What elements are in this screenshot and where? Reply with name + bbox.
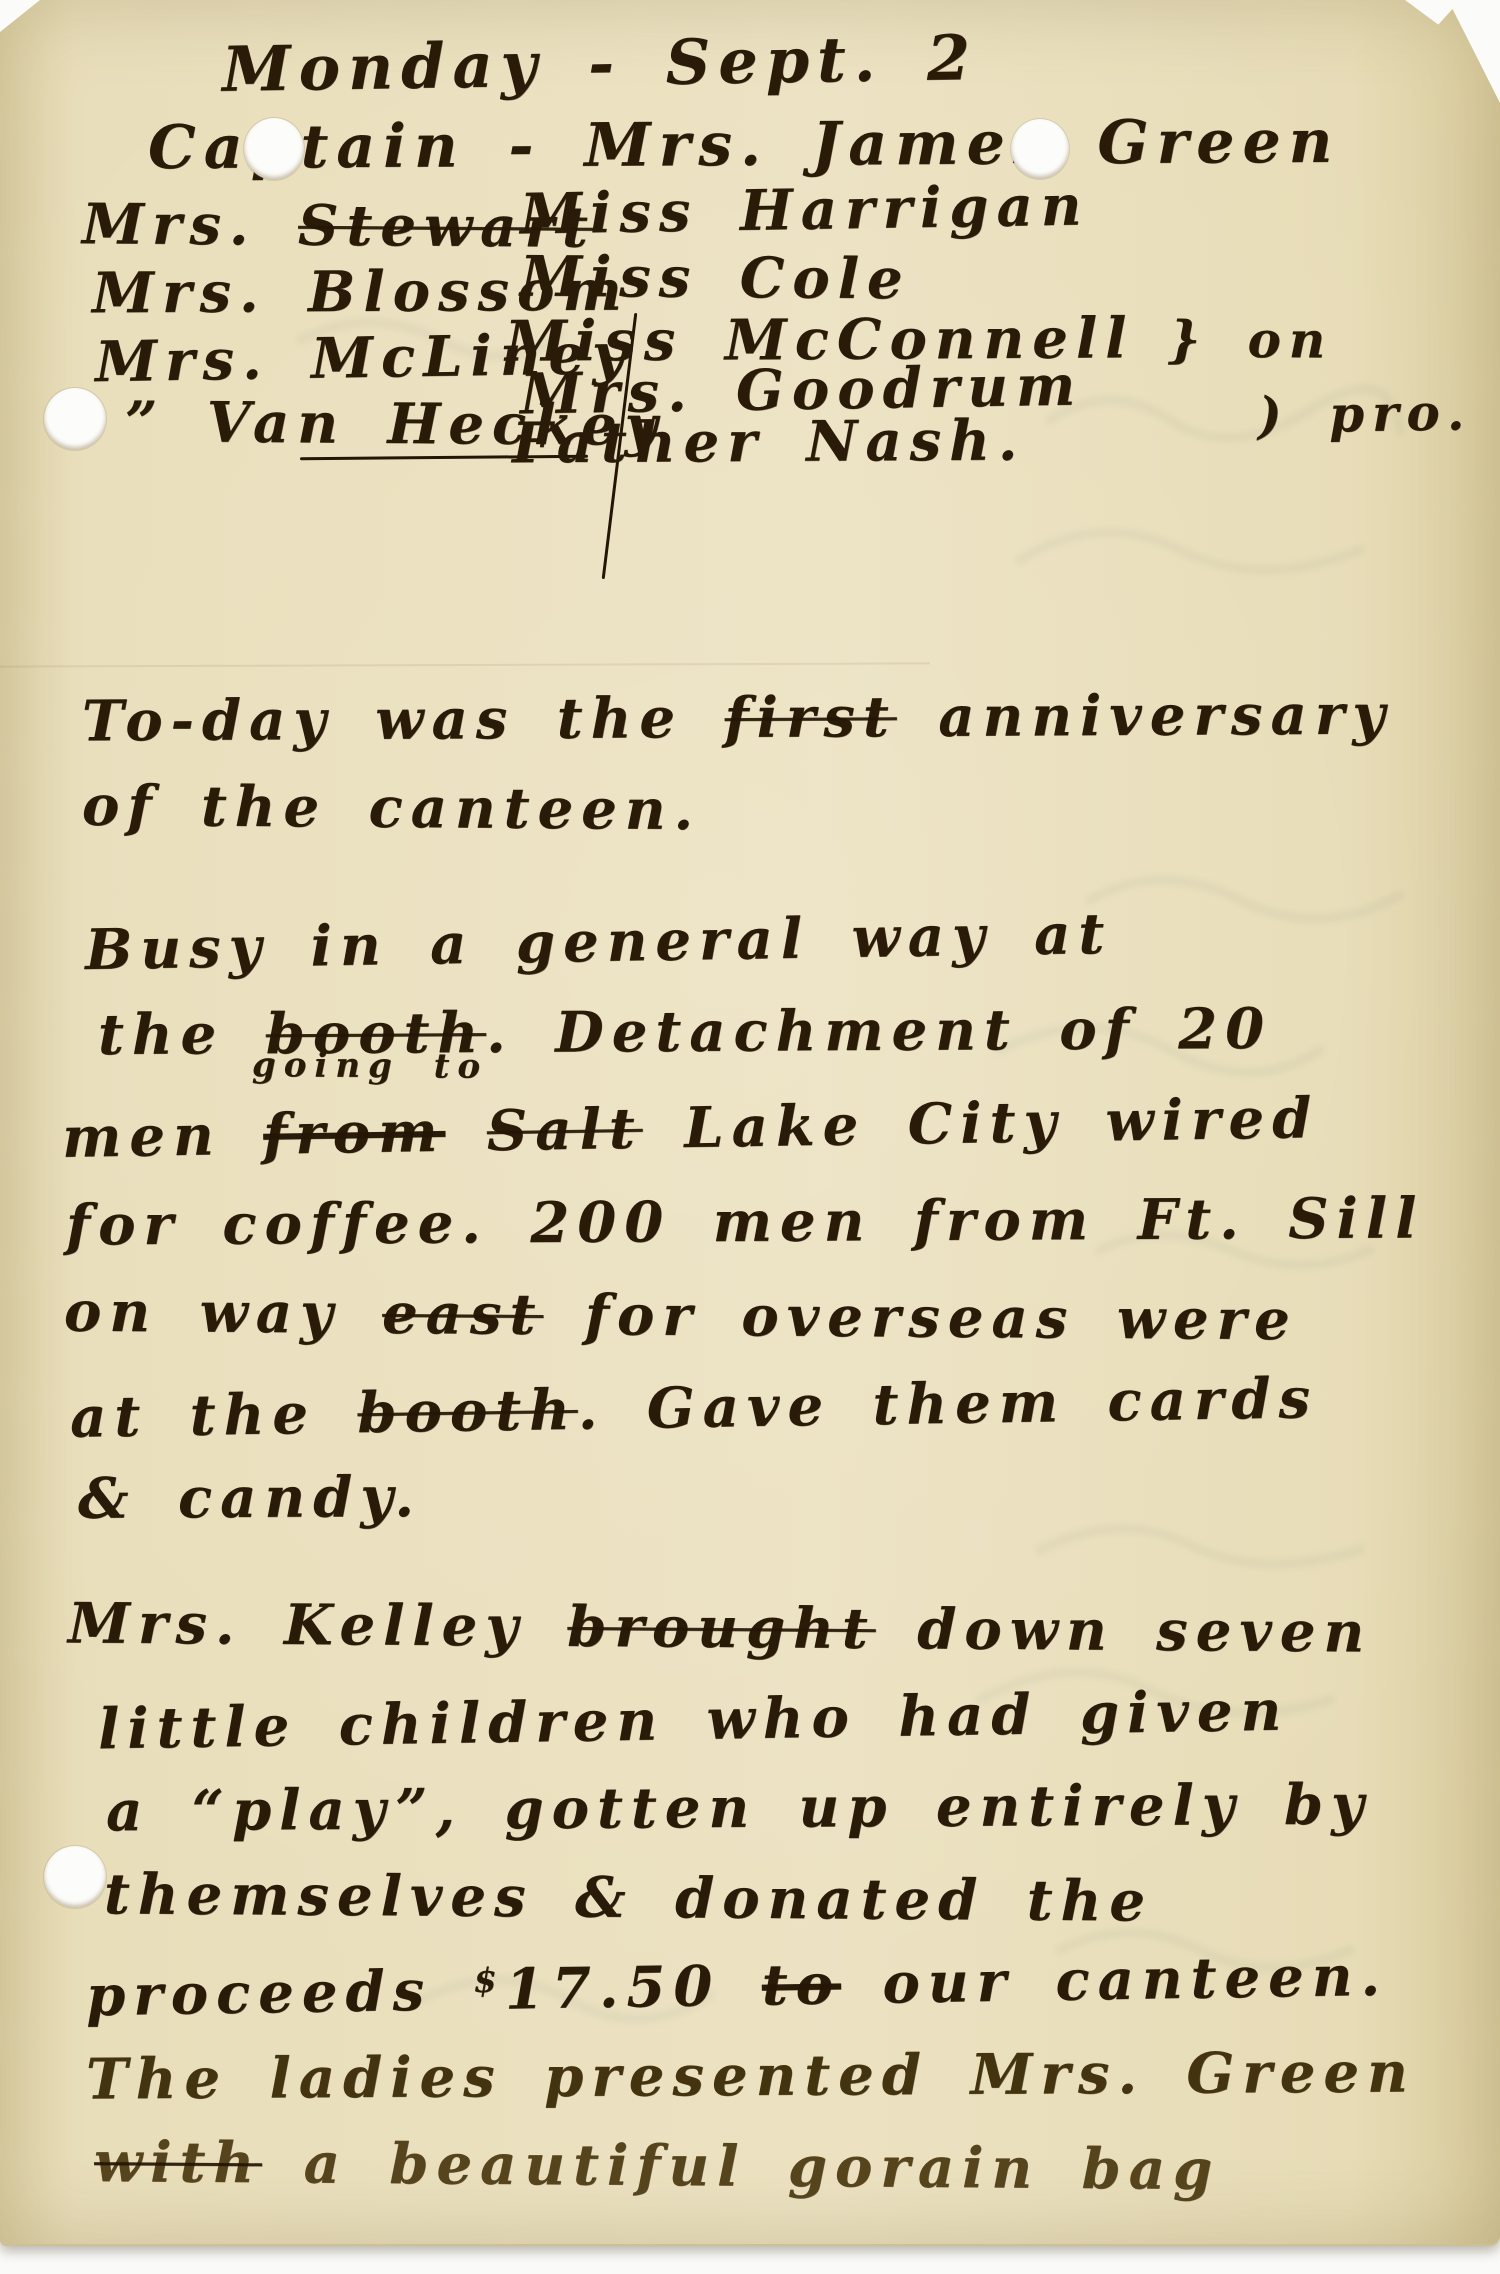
handwriting-word-bar: with [94,2129,263,2196]
handwriting-line: ) pro. [1258,384,1473,442]
handwriting-line: & candy. [78,1467,422,1530]
handwriting-text: . Gave them cards [577,1365,1318,1443]
handwriting-text: Captain - Mrs. James Green [148,107,1341,183]
handwriting-text: of the canteen. [82,773,702,843]
handwriting-word-bar: brought [567,1594,876,1662]
handwriting-word-bar: first [724,684,897,751]
handwriting-text: a beautiful gorain bag [262,2130,1221,2203]
handwriting-line: Miss Cole [520,247,911,311]
handwriting-line: Mrs. Kelley brought down seven [68,1593,1373,1664]
handwriting-line: Monday - Sept. 2 [222,24,979,104]
handwriting-text: 17.50 [504,1953,762,2023]
handwriting-line: The ladies presented Mrs. Green [86,2043,1416,2112]
handwriting-text: . Detachment of 20 [486,996,1272,1066]
handwriting-line: going to [252,1047,488,1086]
handwriting-text: Lake City wired [642,1085,1320,1162]
handwriting-line: Father Nash. [512,411,1026,475]
handwriting-text: Miss Harrigan [520,173,1090,248]
handwriting-text: Father Nash. [512,408,1026,477]
handwriting-word-sup: $ [473,1960,505,2000]
handwriting-line: themselves & donated the [104,1864,1153,1933]
handwriting-text: & candy. [78,1464,422,1532]
handwriting-line: on way east for overseas were [64,1282,1298,1352]
handwriting-text: To-day was the [82,685,725,754]
handwriting-word-bar: Salt [486,1096,643,1164]
handwriting-layer: Monday - Sept. 2Captain - Mrs. James Gre… [0,0,1500,2274]
handwriting-text: men [62,1102,264,1171]
handwriting-word-bar: east [382,1281,544,1348]
handwriting-word-x: from [263,1099,446,1168]
scanned-diary-photo: { "page": { "description_colors": { "pap… [0,0,1500,2274]
punch-hole [244,118,304,180]
handwriting-text: Busy in a general way at [85,901,1113,983]
handwriting-line: Captain - Mrs. James Green [148,109,1341,181]
handwriting-text: for overseas were [543,1282,1298,1353]
handwriting-line: Busy in a general way at [85,904,1113,982]
handwriting-text: our canteen. [840,1943,1388,2018]
handwriting-text: anniversary [897,682,1393,751]
handwriting-line: of the canteen. [82,776,701,842]
punch-hole [44,1846,106,1908]
handwriting-text: themselves & donated the [104,1861,1153,1934]
handwriting-text: } on [1168,309,1334,369]
handwriting-text: The ladies presented Mrs. Green [86,2040,1416,2113]
handwriting-text: for coffee. 200 men from Ft. Sill [66,1185,1425,1258]
handwriting-line: } on [1168,311,1334,367]
handwriting-text: at the [70,1380,358,1451]
punch-hole [1011,119,1069,179]
handwriting-text: ) pro. [1258,382,1473,444]
handwriting-text: Monday - Sept. 2 [221,21,978,106]
handwriting-text: going to [252,1045,488,1087]
handwriting-text: Mrs. [82,191,298,259]
handwriting-line: a “play”, gotten up entirely by [106,1775,1372,1843]
handwriting-text: Mrs. Kelley [68,1590,568,1659]
handwriting-text: on way [64,1279,383,1347]
handwriting-line: with a beautiful gorain bag [94,2132,1221,2201]
handwriting-text: Miss Cole [520,244,911,313]
punch-hole [44,388,106,450]
handwriting-line: men from Salt Lake City wired [62,1088,1320,1169]
handwriting-text: down seven [876,1596,1373,1665]
handwriting-text: a “play”, gotten up entirely by [106,1772,1372,1845]
handwriting-line: for coffee. 200 men from Ft. Sill [66,1188,1425,1257]
handwriting-text [445,1098,488,1165]
handwriting-word-bar: booth [357,1377,578,1446]
handwriting-line: proceeds $17.50 to our canteen. [86,1946,1389,2028]
handwriting-text: the [98,1001,266,1068]
handwriting-line: at the booth. Gave them cards [70,1368,1319,1449]
handwriting-line: Miss Harrigan [520,176,1090,247]
handwriting-text: little children who had given [98,1678,1290,1763]
handwriting-line: little children who had given [98,1681,1290,1761]
handwriting-line: To-day was the first anniversary [82,685,1393,753]
handwriting-word-x: to [761,1951,841,2018]
handwriting-text: proceeds [86,1957,475,2029]
